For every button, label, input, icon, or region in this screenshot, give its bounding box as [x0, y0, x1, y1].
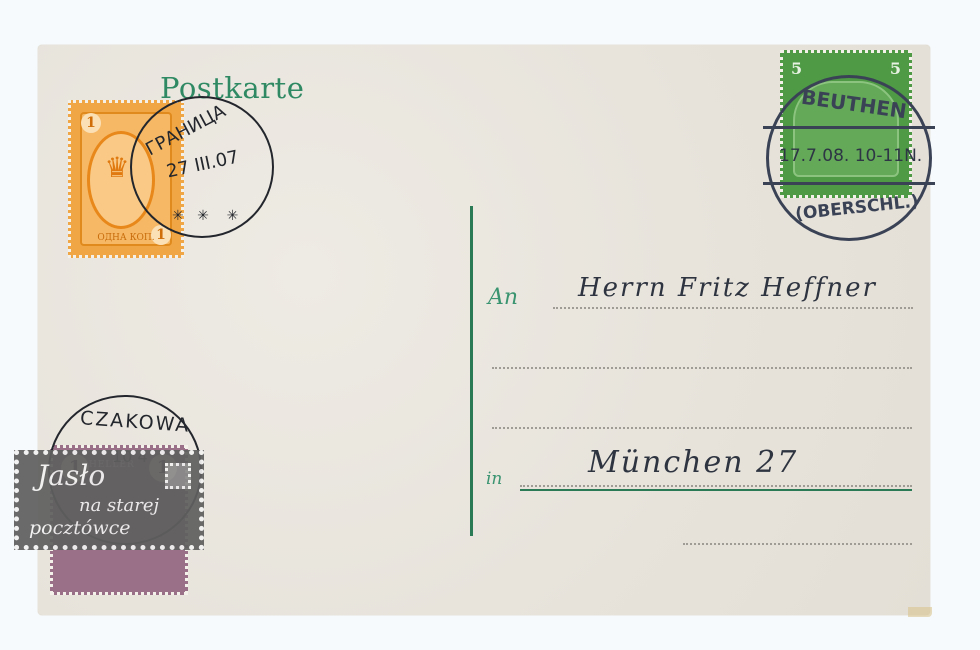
logo-line-2: na starej	[79, 495, 159, 516]
logo-line-1: Jasło	[37, 459, 105, 492]
star-icon: ✳ ✳ ✳	[172, 208, 238, 224]
postmark-date: 17.7.08. 10-11N.	[779, 146, 922, 166]
address-line	[492, 367, 912, 369]
city-underline	[520, 489, 912, 491]
postmark-region: (OBERSCHL.)	[794, 192, 919, 225]
stamp-value: 5	[890, 59, 901, 78]
postmark-place: BEUTHEN	[800, 85, 908, 124]
stamp-value: 5	[791, 59, 802, 78]
divider-line	[470, 206, 473, 536]
stamp-icon	[165, 463, 191, 489]
handwritten-city: München 27	[588, 445, 798, 480]
address-line	[520, 485, 912, 487]
stamp-denomination: ОДНА КОП.	[71, 233, 181, 243]
stamp-value: 1	[81, 113, 101, 133]
postmark-granitsa: ГРАНИЦА 27 III.07 ✳ ✳ ✳	[130, 96, 274, 238]
address-line	[683, 543, 912, 545]
postmark-date: 27 III.07	[165, 147, 241, 183]
logo-line-3: pocztówce	[29, 517, 130, 539]
address-line	[492, 427, 912, 429]
watermark-logo: Jasło na starej pocztówce	[14, 450, 204, 550]
address-prefix: An	[488, 285, 518, 310]
city-prefix: in	[486, 469, 502, 489]
address-line	[553, 307, 913, 309]
postmark-place: CZAKOWA	[79, 407, 191, 437]
handwritten-recipient: Herrn Fritz Heffner	[578, 273, 877, 303]
postmark-beuthen: BEUTHEN 17.7.08. 10-11N. (OBERSCHL.)	[766, 75, 932, 241]
